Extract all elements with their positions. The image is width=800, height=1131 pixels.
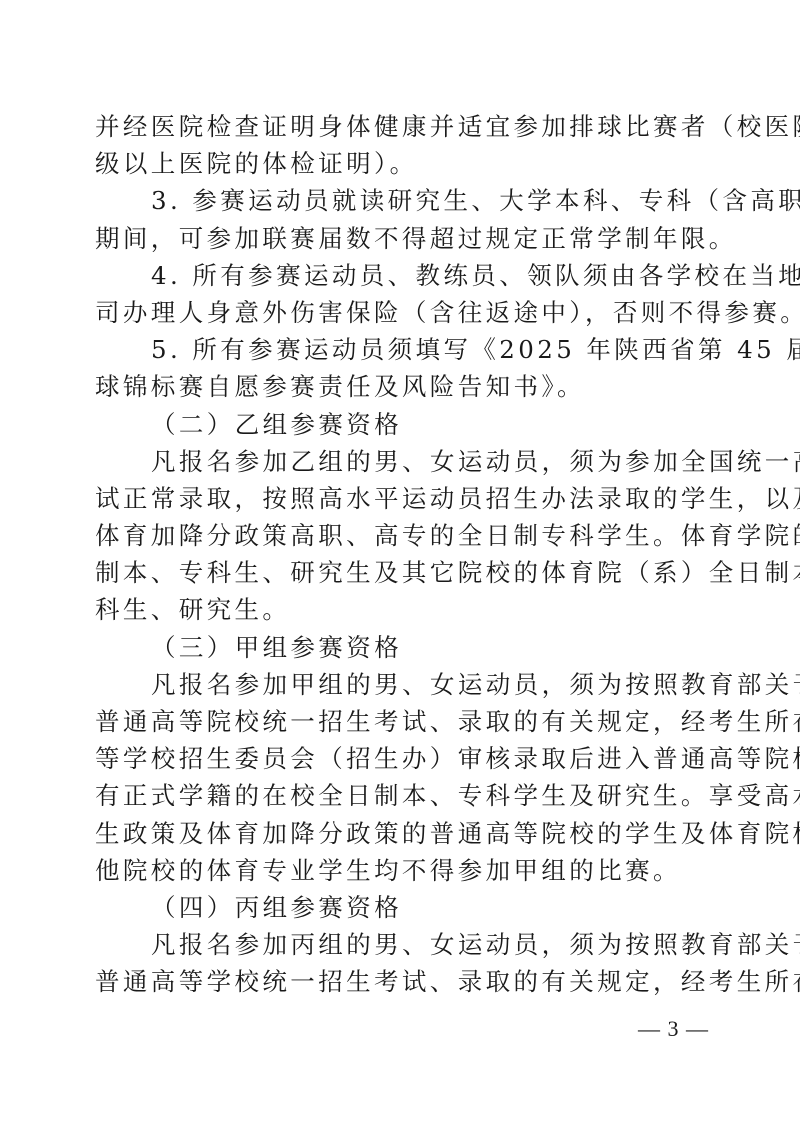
text-line: 有正式学籍的在校全日制本、专科学生及研究生。享受高水平招: [95, 777, 715, 814]
paragraph-start: 凡报名参加甲组的男、女运动员，须为按照教育部关于全国: [95, 666, 715, 703]
text-line: 普通高等学校统一招生考试、录取的有关规定，经考生所在地高: [95, 963, 715, 1000]
paragraph-start: 凡报名参加乙组的男、女运动员，须为参加全国统一高考考: [95, 443, 715, 480]
text-line: 期间，可参加联赛届数不得超过规定正常学制年限。: [95, 220, 715, 257]
list-item-4: 4. 所有参赛运动员、教练员、领队须由各学校在当地保险公: [95, 257, 715, 294]
text-line: 制本、专科生、研究生及其它院校的体育院（系）全日制本、专: [95, 554, 715, 591]
text-line: 他院校的体育专业学生均不得参加甲组的比赛。: [95, 852, 715, 889]
paragraph-start: 凡报名参加丙组的男、女运动员，须为按照教育部关于全国: [95, 926, 715, 963]
page-number: — 3 —: [638, 1016, 709, 1042]
text-line: 级以上医院的体检证明）。: [95, 145, 715, 182]
section-heading-group-c: （四）丙组参赛资格: [95, 889, 715, 926]
section-heading-group-b: （二）乙组参赛资格: [95, 406, 715, 443]
section-heading-group-a: （三）甲组参赛资格: [95, 629, 715, 666]
text-line: 试正常录取，按照高水平运动员招生办法录取的学生，以及享受: [95, 480, 715, 517]
text-line: 并经医院检查证明身体健康并适宜参加排球比赛者（校医院或县: [95, 108, 715, 145]
document-body: 并经医院检查证明身体健康并适宜参加排球比赛者（校医院或县 级以上医院的体检证明）…: [95, 108, 715, 1001]
text-line: 等学校招生委员会（招生办）审核录取后进入普通高等院校，并: [95, 740, 715, 777]
text-line: 司办理人身意外伤害保险（含往返途中），否则不得参赛。: [95, 294, 715, 331]
text-line: 普通高等院校统一招生考试、录取的有关规定，经考生所在地高: [95, 703, 715, 740]
text-line: 体育加降分政策高职、高专的全日制专科学生。体育学院的全日: [95, 517, 715, 554]
text-line: 球锦标赛自愿参赛责任及风险告知书》。: [95, 368, 715, 405]
text-line: 生政策及体育加降分政策的普通高等院校的学生及体育院校或其: [95, 815, 715, 852]
text-line: 科生、研究生。: [95, 591, 715, 628]
list-item-5: 5. 所有参赛运动员须填写《2025 年陕西省第 45 届大学生排: [95, 331, 715, 368]
list-item-3: 3. 参赛运动员就读研究生、大学本科、专科（含高职、高专）: [95, 182, 715, 219]
